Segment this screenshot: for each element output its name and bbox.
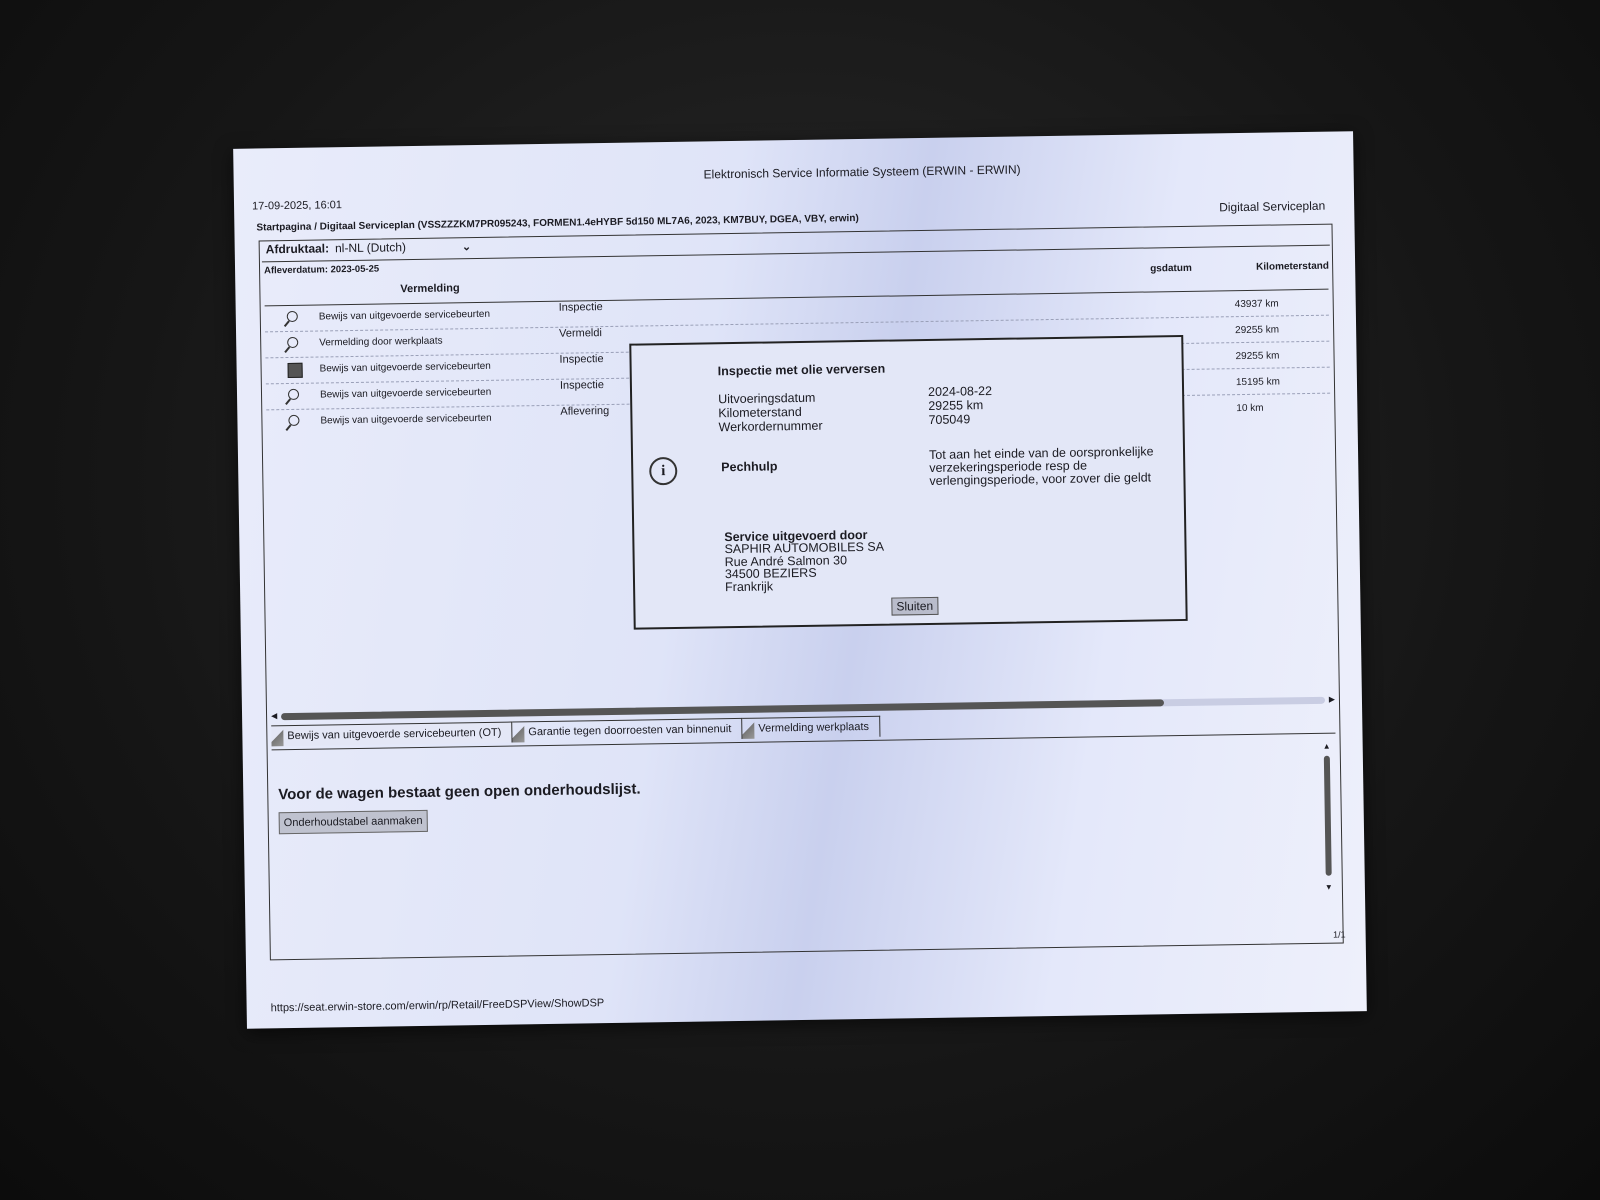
no-maintenance-message: Voor de wagen bestaat geen open onderhou… <box>278 781 641 804</box>
row-km: 29255 km <box>1235 324 1279 336</box>
service-plan-frame: Digitaal Serviceplan Afdruktaal: nl-NL (… <box>259 224 1344 961</box>
dialog-field-labels: UitvoeringsdatumKilometerstandWerkordern… <box>718 391 823 435</box>
scroll-down-icon[interactable]: ▼ <box>1325 883 1333 892</box>
create-maintenance-table-button[interactable]: Onderhoudstabel aanmaken <box>279 810 428 834</box>
tab-3[interactable]: Vermelding werkplaats <box>742 716 880 739</box>
row-label: Bewijs van uitgevoerde servicebeurten <box>320 387 491 401</box>
system-title: Elektronisch Service Informatie Systeem … <box>704 162 1021 181</box>
dialog-field-values: 2024-08-2229255 km705049 <box>928 384 993 427</box>
scroll-left-icon[interactable]: ◀ <box>271 711 277 720</box>
close-button[interactable]: Sluiten <box>891 597 938 616</box>
column-header-vermelding: Vermelding <box>400 282 459 295</box>
field-value: 705049 <box>928 412 992 427</box>
row-type: Vermeldi <box>559 327 602 340</box>
info-icon: i <box>649 457 677 485</box>
service-detail-dialog: Inspectie met olie verversen Uitvoerings… <box>629 335 1187 630</box>
scroll-thumb[interactable] <box>281 699 1164 720</box>
row-label: Vermelding door werkplaats <box>319 336 443 349</box>
row-label: Bewijs van uitgevoerde servicebeurten <box>319 309 490 323</box>
column-header-km: Kilometerstand <box>1256 261 1329 273</box>
dialog-title: Inspectie met olie verversen <box>718 362 886 379</box>
page-url: https://seat.erwin-store.com/erwin/rp/Re… <box>271 997 605 1014</box>
scroll-right-icon[interactable]: ▶ <box>1329 695 1335 704</box>
row-km: 43937 km <box>1235 298 1279 310</box>
tab-2[interactable]: Garantie tegen doorroesten van binnenuit <box>512 718 742 743</box>
vertical-scrollbar[interactable]: ▲ ▼ <box>1322 742 1334 892</box>
column-header-date: gsdatum <box>1150 263 1192 275</box>
row-label: Bewijs van uitgevoerde servicebeurten <box>320 413 491 427</box>
page-number: 1/1 <box>1333 929 1346 939</box>
magnifier-icon[interactable] <box>287 311 301 325</box>
pechhulp-label: Pechhulp <box>721 459 777 474</box>
row-km: 10 km <box>1236 403 1263 414</box>
row-type: Inspectie <box>559 353 603 366</box>
pechhulp-text: Tot aan het einde van de oorspronkelijke… <box>929 445 1190 488</box>
printed-page: Elektronisch Service Informatie Systeem … <box>233 131 1367 1028</box>
vertical-scroll-thumb[interactable] <box>1324 756 1332 876</box>
row-type: Inspectie <box>559 301 603 314</box>
print-datetime: 17-09-2025, 16:01 <box>252 199 342 212</box>
row-km: 15195 km <box>1236 376 1280 388</box>
field-value: 29255 km <box>928 398 992 413</box>
row-km: 29255 km <box>1235 350 1279 362</box>
section-title: Digitaal Serviceplan <box>1219 199 1325 215</box>
language-value[interactable]: nl-NL (Dutch) <box>335 240 406 255</box>
magnifier-icon[interactable] <box>287 337 301 351</box>
row-type: Inspectie <box>560 379 604 392</box>
row-type: Aflevering <box>560 405 609 418</box>
tab-1[interactable]: Bewijs van uitgevoerde servicebeurten (O… <box>271 722 512 747</box>
scroll-up-icon[interactable]: ▲ <box>1323 742 1331 751</box>
tab-content: Voor de wagen bestaat geen open onderhou… <box>272 733 1339 951</box>
service-address: SAPHIR AUTOMOBILES SARue André Salmon 30… <box>724 541 884 593</box>
row-label: Bewijs van uitgevoerde servicebeurten <box>320 361 491 375</box>
field-value: 2024-08-22 <box>928 384 992 399</box>
magnifier-icon[interactable] <box>288 389 302 403</box>
field-label: Werkordernummer <box>718 419 822 435</box>
chevron-down-icon[interactable]: ⌄ <box>462 240 471 253</box>
address-line: Frankrijk <box>725 578 885 593</box>
field-label: Uitvoeringsdatum <box>718 391 822 407</box>
magnifier-icon[interactable] <box>288 415 302 429</box>
language-label: Afdruktaal: <box>266 241 330 256</box>
delivery-date: Afleverdatum: 2023-05-25 <box>264 264 379 277</box>
image-icon[interactable] <box>288 363 302 377</box>
